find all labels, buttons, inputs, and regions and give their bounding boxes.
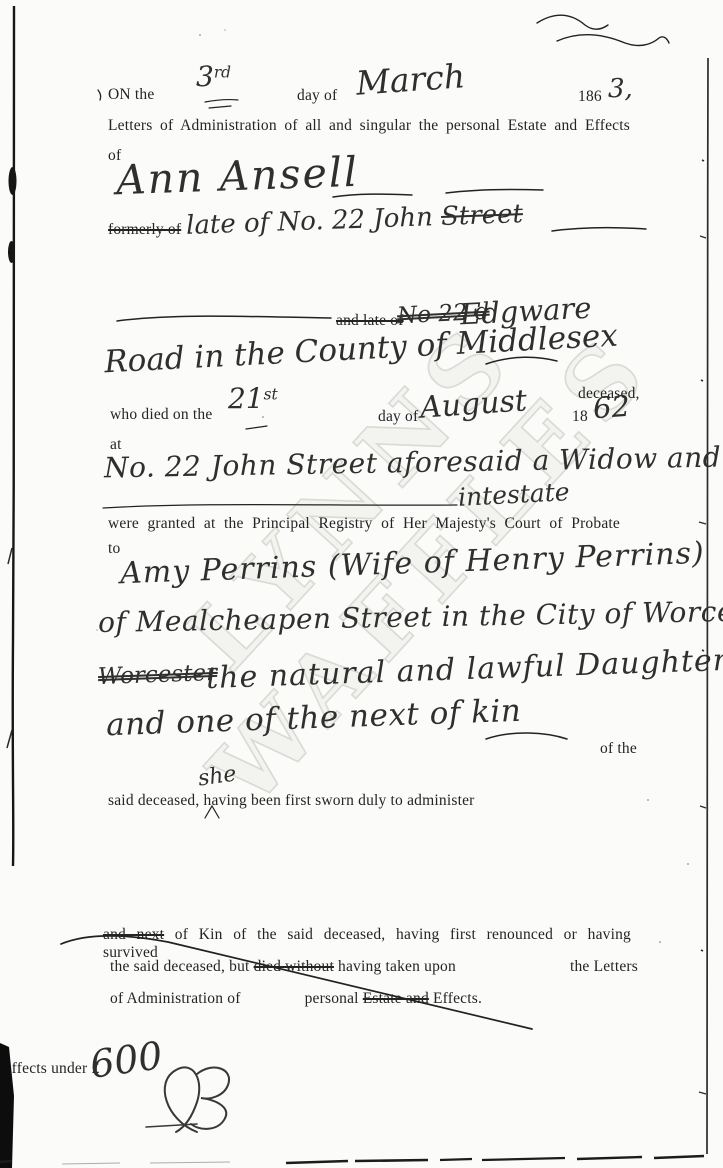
year-handwritten: 3,	[608, 74, 633, 104]
blank-line	[103, 505, 457, 508]
renounce-line3-mid: personal	[305, 990, 359, 1007]
death-day-suffix: st	[264, 386, 278, 404]
death-year-printed: 18	[572, 408, 588, 426]
street-struck: Street	[441, 199, 524, 232]
death-place-handwritten: No. 22 John Street aforesaid a Widow and	[104, 441, 722, 485]
day-number: 3	[196, 60, 214, 93]
year-printed: 186	[578, 88, 602, 106]
renounce-line3-start: of Administration of	[110, 990, 241, 1007]
next-of-kin-handwritten: and one of the next of kin	[105, 693, 521, 743]
pen-flourish-top	[557, 35, 669, 46]
renounce-line1-struck: and next	[103, 926, 164, 943]
blank-line-dash	[446, 189, 543, 193]
grantee-handwritten: Amy Perrins (Wife of Henry Perrins)	[120, 536, 706, 591]
who-died-label: who died on the	[110, 406, 212, 424]
formerly-of-struck: formerly of	[108, 221, 181, 239]
granted-line: were granted at the Principal Registry o…	[108, 515, 620, 533]
renounce-line3-struck: Estate and	[363, 990, 429, 1007]
effects-under-label: Effects under £	[2, 1060, 99, 1078]
renounce-line2-struck: died without	[254, 958, 334, 975]
deceased-name-handwritten: Ann Ansell	[115, 148, 360, 204]
renounce-line1: and next of Kin of the said deceased, ha…	[103, 926, 631, 962]
renounce-line1-rest: of Kin of the said deceased, having firs…	[103, 926, 631, 961]
day-ordinal-suffix: rd	[214, 64, 231, 82]
day-of-label: day of	[297, 87, 337, 105]
renounce-line2-mid: having taken upon	[338, 958, 456, 975]
inserted-she-handwritten: she	[196, 761, 238, 791]
of-the-label: of the	[600, 740, 637, 758]
death-day-handwritten: 21st	[228, 382, 278, 415]
renounce-line3: of Administration ofpersonal Estate and …	[110, 990, 482, 1008]
pen-flourish-top	[537, 15, 608, 29]
day-handwritten: 3rd	[196, 60, 231, 93]
intro-line: Letters of Administration of all and sin…	[108, 117, 630, 135]
death-year-handwritten: 62	[592, 389, 631, 425]
death-day-of-label: day of	[378, 408, 418, 426]
late-of-text: late of No. 22 John	[186, 202, 434, 241]
ink-speck	[98, 90, 101, 100]
ordinal-underline	[246, 426, 267, 429]
blank-line-dash	[552, 228, 646, 231]
bottom-scan-line	[0, 1156, 704, 1164]
month-handwritten: March	[355, 56, 466, 103]
renounce-line3-end: Effects.	[433, 990, 482, 1007]
and-late-of-struck: and late of	[336, 312, 404, 330]
renounce-line2: the said deceased, but died without havi…	[110, 958, 638, 976]
relationship-handwritten: the natural and lawful Daughter	[206, 643, 723, 696]
intestate-handwritten: intestate	[457, 477, 570, 512]
renounce-line2-left: the said deceased, but died without havi…	[110, 958, 456, 976]
grantee-address-handwritten: of Mealcheapen Street in the City of Wor…	[98, 594, 723, 639]
death-month-handwritten: August	[419, 383, 528, 425]
left-edge-scan-line	[7, 6, 17, 866]
renounce-line2-start: the said deceased, but	[110, 958, 250, 975]
late-of-handwritten: late of No. 22 John Street	[186, 199, 524, 241]
scanned-probate-document: LYNNS WAFFLES ON the 3rd day of March 18…	[0, 0, 723, 1168]
blank-line-dash	[486, 733, 567, 739]
struck-word-handwritten: Worcester	[98, 660, 218, 690]
blank-line-dash	[117, 316, 331, 321]
renounce-line2-end: the Letters	[570, 958, 638, 976]
effects-value-handwritten: 600	[87, 1033, 165, 1087]
on-the-label: ON the	[108, 86, 154, 104]
sworn-line: said deceased, having been first sworn d…	[108, 792, 475, 810]
death-day-number: 21	[228, 382, 264, 415]
ordinal-underline	[205, 100, 238, 108]
